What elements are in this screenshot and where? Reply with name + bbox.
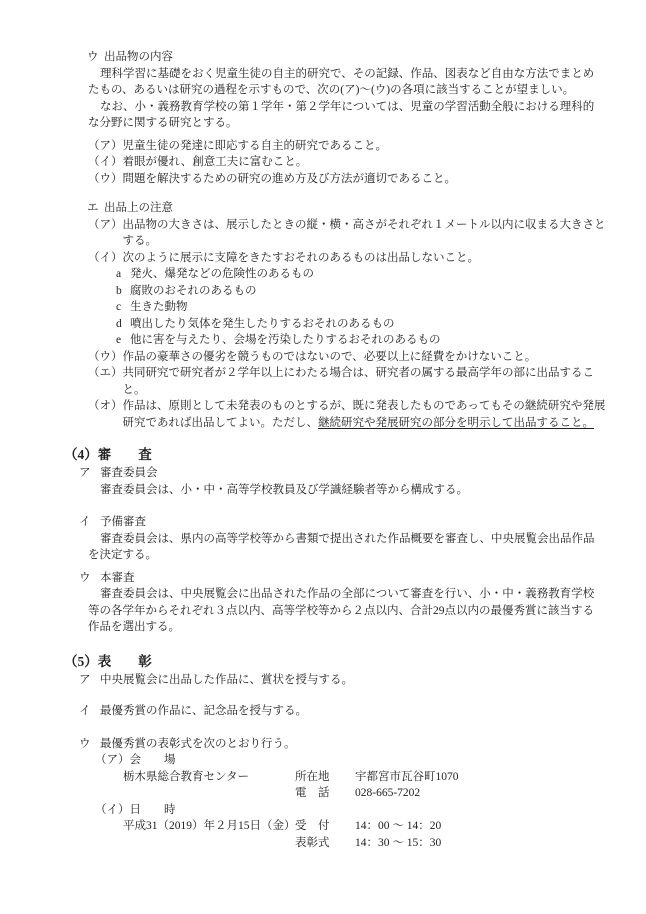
- list-item-text-underlined: 継続研究や発展研究の部分を明示して出品すること。: [318, 417, 594, 429]
- venue-phone-value: 028-665-7202: [355, 785, 616, 802]
- paragraph-yobi-shinsa-body: 審査委員会は、県内の高等学校等から書類で提出された作品概要を審査し、中央展覧会出…: [88, 531, 605, 564]
- subsection-award-certificate: ア 中央展覧会に出品した作品に、賞状を授与する。: [79, 672, 606, 689]
- list-item-text: 着眼が優れ、創意工夫に富むこと。: [123, 154, 607, 171]
- subsection-text: 最優秀賞の表彰式を次のとおり行う。: [100, 736, 606, 753]
- subsection-label: ア: [79, 672, 100, 689]
- document-page: ウ 出品物の内容 理科学習に基礎をおく児童生徒の自主的研究で、その記録、作品、図…: [0, 0, 646, 914]
- list-item-label: （ウ）: [88, 171, 123, 188]
- ceremony-date: 平成31（2019）年２月15日（金）: [123, 818, 295, 835]
- venue-name-spacer: [123, 785, 295, 802]
- list-subitem-text: 生きた動物: [130, 299, 188, 316]
- list-item-text: 作品は、原則として未発表のものとするが、既に発表したものであってもその継続研究や…: [123, 398, 607, 431]
- subsection-shinsa-iinkai-heading: ア 審査委員会: [79, 465, 606, 482]
- list-subitem-text: 他に害を与えたり、会場を汚染したりするおそれのあるもの: [130, 332, 441, 349]
- datetime-row-reception: 平成31（2019）年２月15日（金） 受 付 14：00 ～ 14：20: [123, 818, 616, 835]
- list-item: （イ） 着眼が優れ、創意工夫に富むこと。: [88, 154, 606, 171]
- subsection-label: イ: [79, 703, 100, 720]
- paragraph-shinsa-iinkai-body: 審査委員会は、小・中・高等学校教員及び学識経験者等から構成する。: [88, 482, 605, 499]
- document-content: ウ 出品物の内容 理科学習に基礎をおく児童生徒の自主的研究で、その記録、作品、図…: [0, 0, 646, 851]
- subsection-label: ウ: [79, 570, 100, 587]
- ceremony-label: 表彰式: [295, 835, 355, 852]
- list-item: （ア） 出品物の大きさは、展示したときの縦・横・高さがそれぞれ１メートル以内に収…: [88, 217, 606, 250]
- reception-label: 受 付: [295, 818, 355, 835]
- section-5-hyosho-heading: （5）表 彰: [64, 652, 646, 672]
- list-item: （イ） 次のように展示に支障をきたすおそれのあるものは出品しないこと。: [88, 250, 606, 267]
- venue-name: 栃木県総合教育センター: [123, 769, 295, 786]
- list-subitem-label: b: [116, 283, 130, 300]
- datetime-label: （イ）: [95, 802, 130, 819]
- list-subitem-label: a: [116, 266, 130, 283]
- ceremony-time: 14：30 ～ 15：30: [355, 835, 616, 852]
- list-item-text: 出品物の大きさは、展示したときの縦・横・高さがそれぞれ１メートル以内に収まる大き…: [123, 217, 607, 250]
- section-exhibit-contents-heading: ウ 出品物の内容: [87, 49, 606, 66]
- subsection-yobi-shinsa-heading: イ 予備審査: [79, 514, 606, 531]
- list-item-text: 次のように展示に支障をきたすおそれのあるものは出品しないこと。: [123, 250, 607, 267]
- venue-title: 会 場: [130, 752, 176, 769]
- venue-phone-label: 電 話: [295, 785, 355, 802]
- section-exhibit-cautions-title: 出品上の注意: [104, 200, 173, 217]
- list-item-label: （イ）: [88, 250, 123, 267]
- datetime-title: 日 時: [130, 802, 176, 819]
- section-4-shinsa-heading: （4）審 査: [64, 445, 646, 465]
- list-subitem: c 生きた動物: [116, 299, 606, 316]
- paragraph-research-description: 理科学習に基礎をおく児童生徒の自主的研究で、その記録、作品、図表など自由な方法で…: [88, 66, 605, 99]
- venue-heading: （ア） 会 場: [95, 752, 606, 769]
- list-item-text: 作品の豪華さの優劣を競うものではないので、必要以上に経費をかけないこと。: [123, 349, 607, 366]
- list-subitem-label: e: [116, 332, 130, 349]
- list-item: （ウ） 問題を解決するための研究の進め方及び方法が適切であること。: [88, 171, 606, 188]
- list-item-label: （エ）: [88, 365, 123, 398]
- venue-address-label: 所在地: [295, 769, 355, 786]
- list-item-text: 問題を解決するための研究の進め方及び方法が適切であること。: [123, 171, 607, 188]
- list-item-label: （ウ）: [88, 349, 123, 366]
- reception-time: 14：00 ～ 14：20: [355, 818, 616, 835]
- list-item-with-underline: （オ） 作品は、原則として未発表のものとするが、既に発表したものであってもその継…: [88, 398, 606, 431]
- subsection-hon-shinsa-heading: ウ 本審査: [79, 570, 606, 587]
- section-exhibit-cautions-heading: エ 出品上の注意: [87, 200, 606, 217]
- list-item-text: 共同研究で研究者が２学年以上にわたる場合は、研究者の属する最高学年の部に出品する…: [123, 365, 607, 398]
- list-item-label: （オ）: [88, 398, 123, 431]
- datetime-row-ceremony: 表彰式 14：30 ～ 15：30: [123, 835, 616, 852]
- list-item-label: （ア）: [88, 217, 123, 250]
- list-subitem-label: d: [116, 316, 130, 333]
- list-subitem: b 腐敗のおそれのあるもの: [116, 283, 606, 300]
- section-exhibit-contents-label: ウ: [87, 49, 104, 66]
- subsection-text: 最優秀賞の作品に、記念品を授与する。: [100, 703, 606, 720]
- subsection-award-ceremony: ウ 最優秀賞の表彰式を次のとおり行う。: [79, 736, 606, 753]
- list-subitem-text: 噴出したり気体を発生したりするおそれのあるもの: [130, 316, 395, 333]
- list-item: （エ） 共同研究で研究者が２学年以上にわたる場合は、研究者の属する最高学年の部に…: [88, 365, 606, 398]
- list-subitem: a 発火、爆発などの危険性のあるもの: [116, 266, 606, 283]
- list-item: （ア） 児童生徒の発達に即応する自主的研究であること。: [88, 138, 606, 155]
- venue-address-value: 宇都宮市瓦谷町1070: [355, 769, 616, 786]
- list-item-label: （ア）: [88, 138, 123, 155]
- section-exhibit-contents-title: 出品物の内容: [104, 49, 173, 66]
- list-subitem: d 噴出したり気体を発生したりするおそれのあるもの: [116, 316, 606, 333]
- list-item: （ウ） 作品の豪華さの優劣を競うものではないので、必要以上に経費をかけないこと。: [88, 349, 606, 366]
- paragraph-lower-grades-note: なお、小・義務教育学校の第１学年・第２学年については、児童の学習活動全般における…: [88, 99, 605, 132]
- list-item-text: 児童生徒の発達に即応する自主的研究であること。: [123, 138, 607, 155]
- subsection-label: ウ: [79, 736, 100, 753]
- list-subitem: e 他に害を与えたり、会場を汚染したりするおそれのあるもの: [116, 332, 606, 349]
- venue-row-address: 栃木県総合教育センター 所在地 宇都宮市瓦谷町1070: [123, 769, 616, 786]
- ceremony-date-spacer: [123, 835, 295, 852]
- subsection-text: 中央展覧会に出品した作品に、賞状を授与する。: [100, 672, 606, 689]
- subsection-label: ア: [79, 465, 100, 482]
- subsection-label: イ: [79, 514, 100, 531]
- subsection-title: 本審査: [100, 570, 606, 587]
- venue-label: （ア）: [95, 752, 130, 769]
- paragraph-hon-shinsa-body: 審査委員会は、中央展覧会に出品された作品の全部について審査を行い、小・中・義務教…: [88, 586, 605, 636]
- list-subitem-label: c: [116, 299, 130, 316]
- list-item-label: （イ）: [88, 154, 123, 171]
- venue-row-phone: 電 話 028-665-7202: [123, 785, 616, 802]
- subsection-title: 予備審査: [100, 514, 606, 531]
- section-exhibit-cautions-label: エ: [87, 200, 104, 217]
- subsection-award-souvenir: イ 最優秀賞の作品に、記念品を授与する。: [79, 703, 606, 720]
- list-subitem-text: 腐敗のおそれのあるもの: [130, 283, 257, 300]
- list-subitem-text: 発火、爆発などの危険性のあるもの: [130, 266, 314, 283]
- subsection-title: 審査委員会: [100, 465, 606, 482]
- datetime-heading: （イ） 日 時: [95, 802, 606, 819]
